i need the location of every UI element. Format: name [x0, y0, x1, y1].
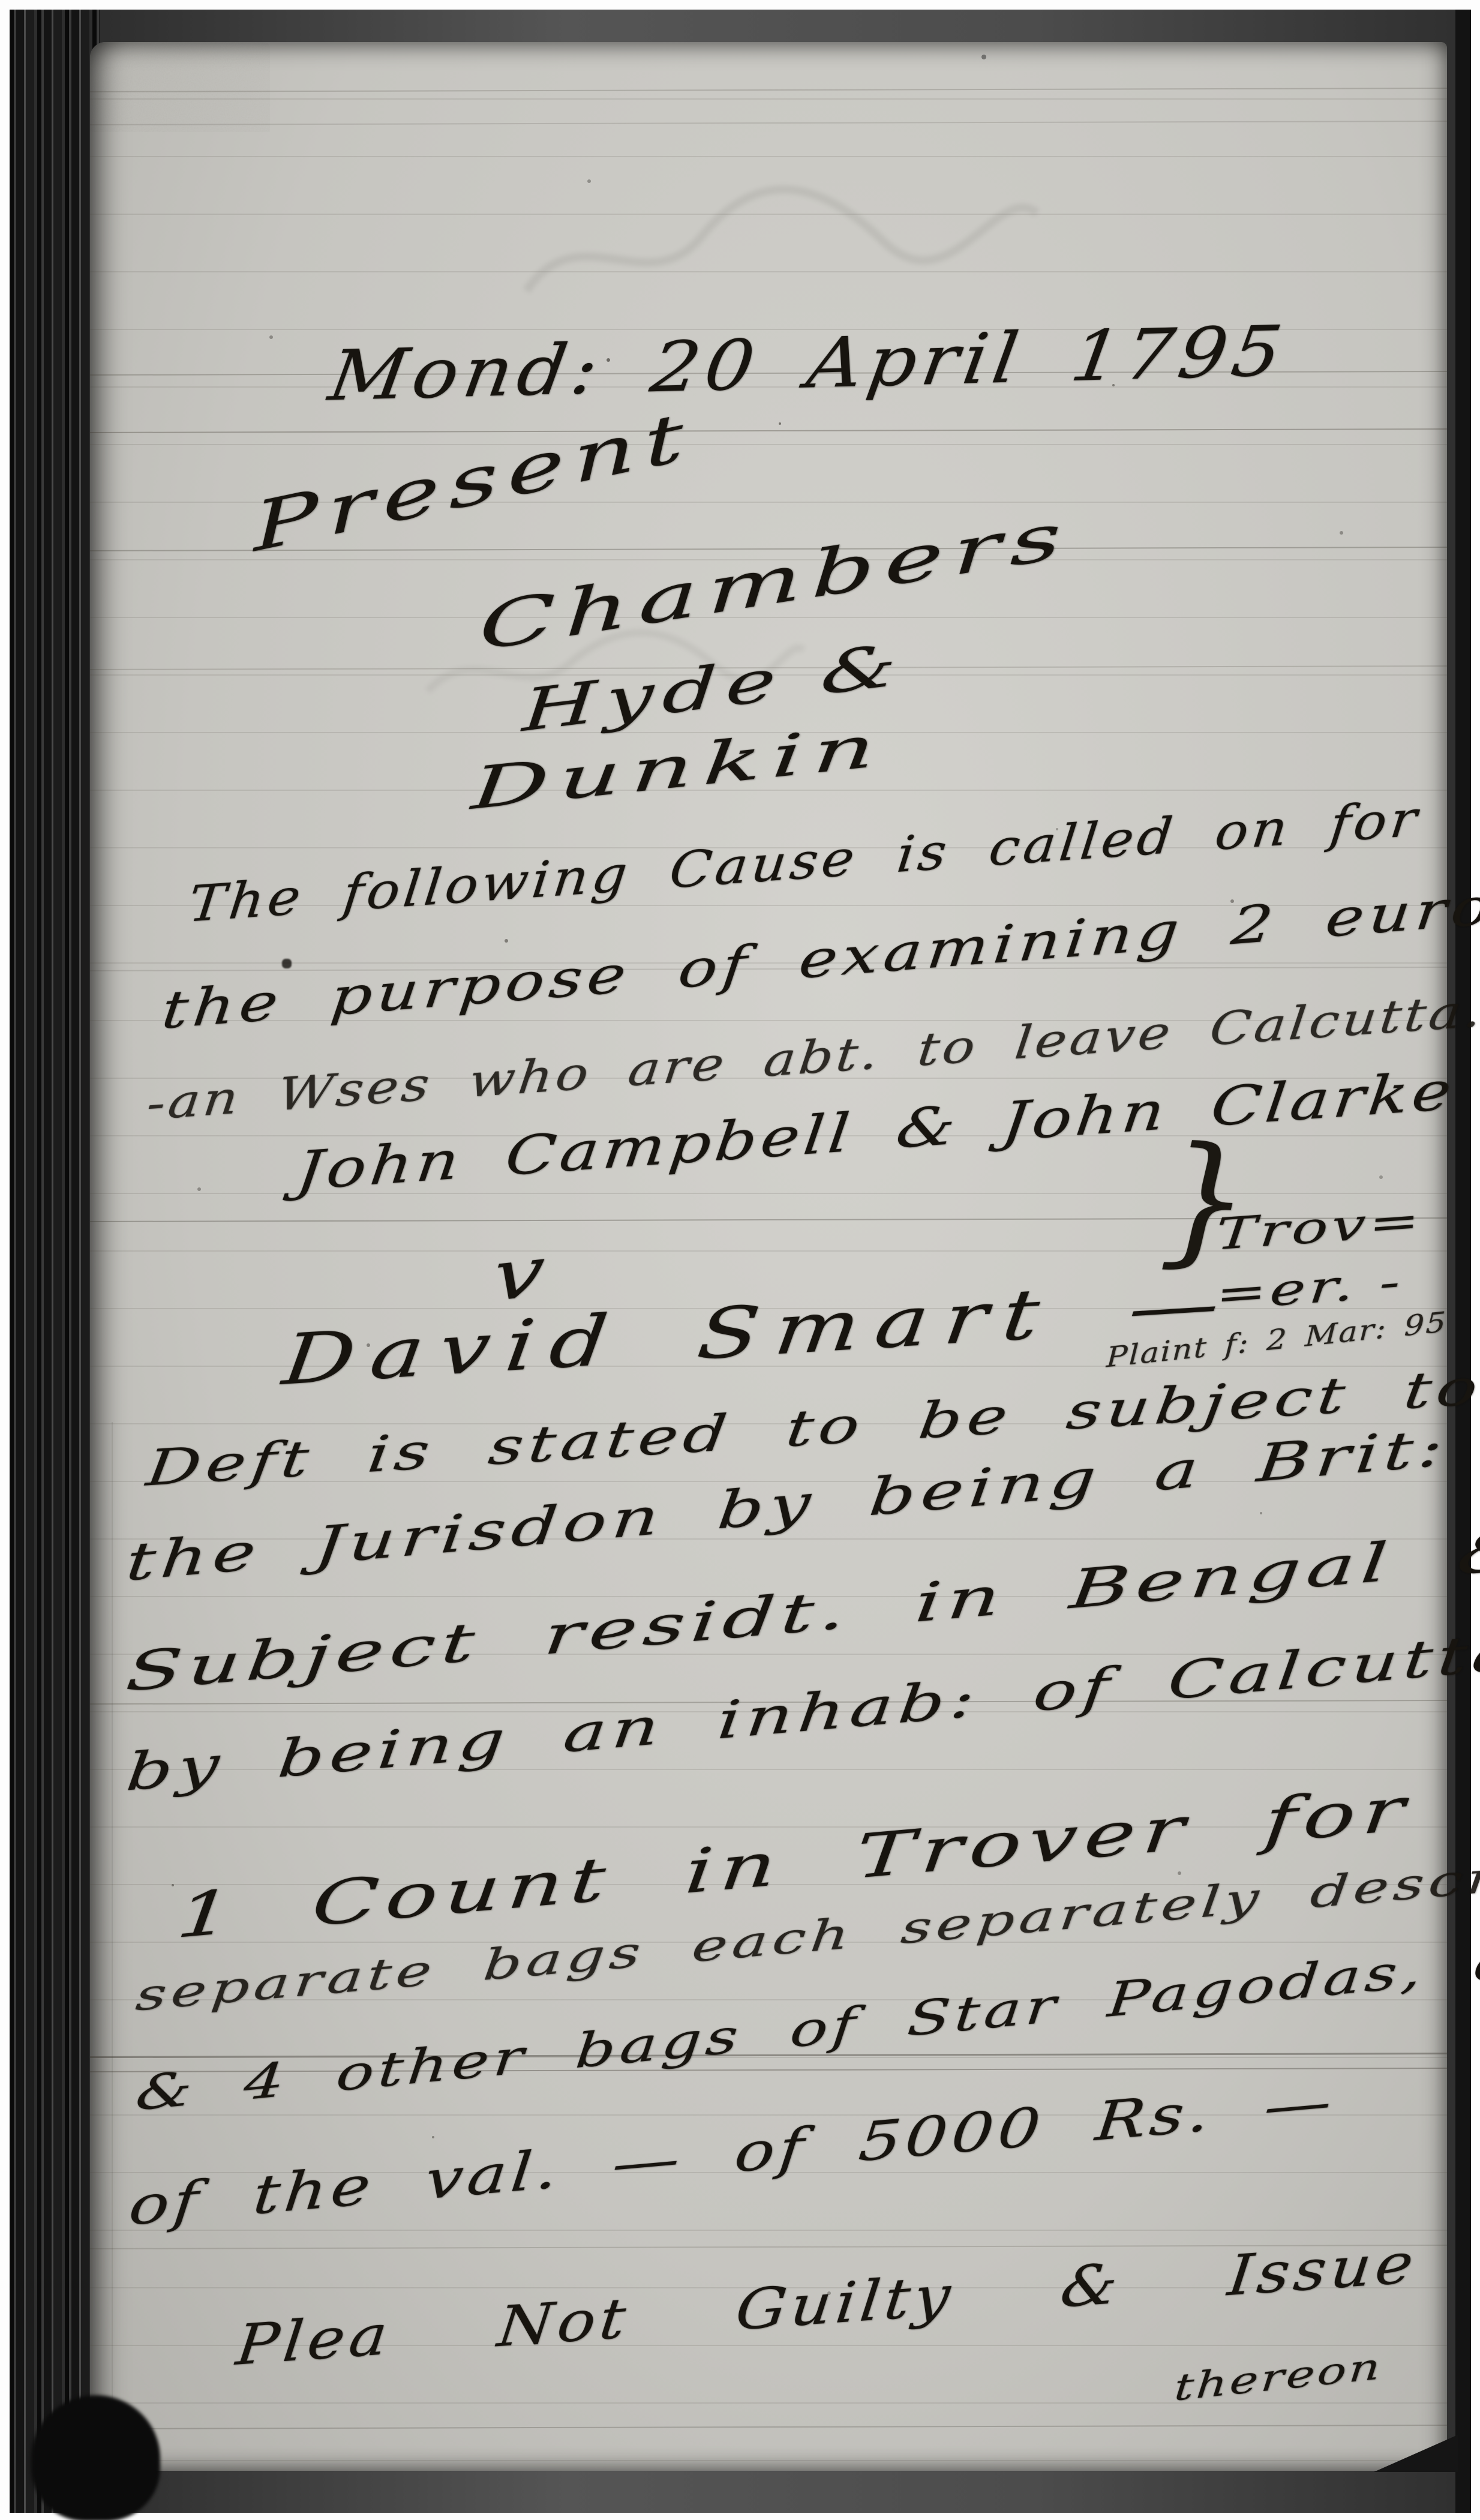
page-edge-shadow [1455, 10, 1471, 2513]
paper-grain [90, 42, 270, 132]
manuscript-scan: Mond: 20 April 1795 Present Chambers Hyd… [0, 0, 1480, 2520]
page-crease [112, 1422, 113, 2472]
book-gutter-edges [10, 10, 100, 2513]
scan-obstruction-blob [31, 2395, 160, 2520]
ink-specks [0, 0, 2, 2]
